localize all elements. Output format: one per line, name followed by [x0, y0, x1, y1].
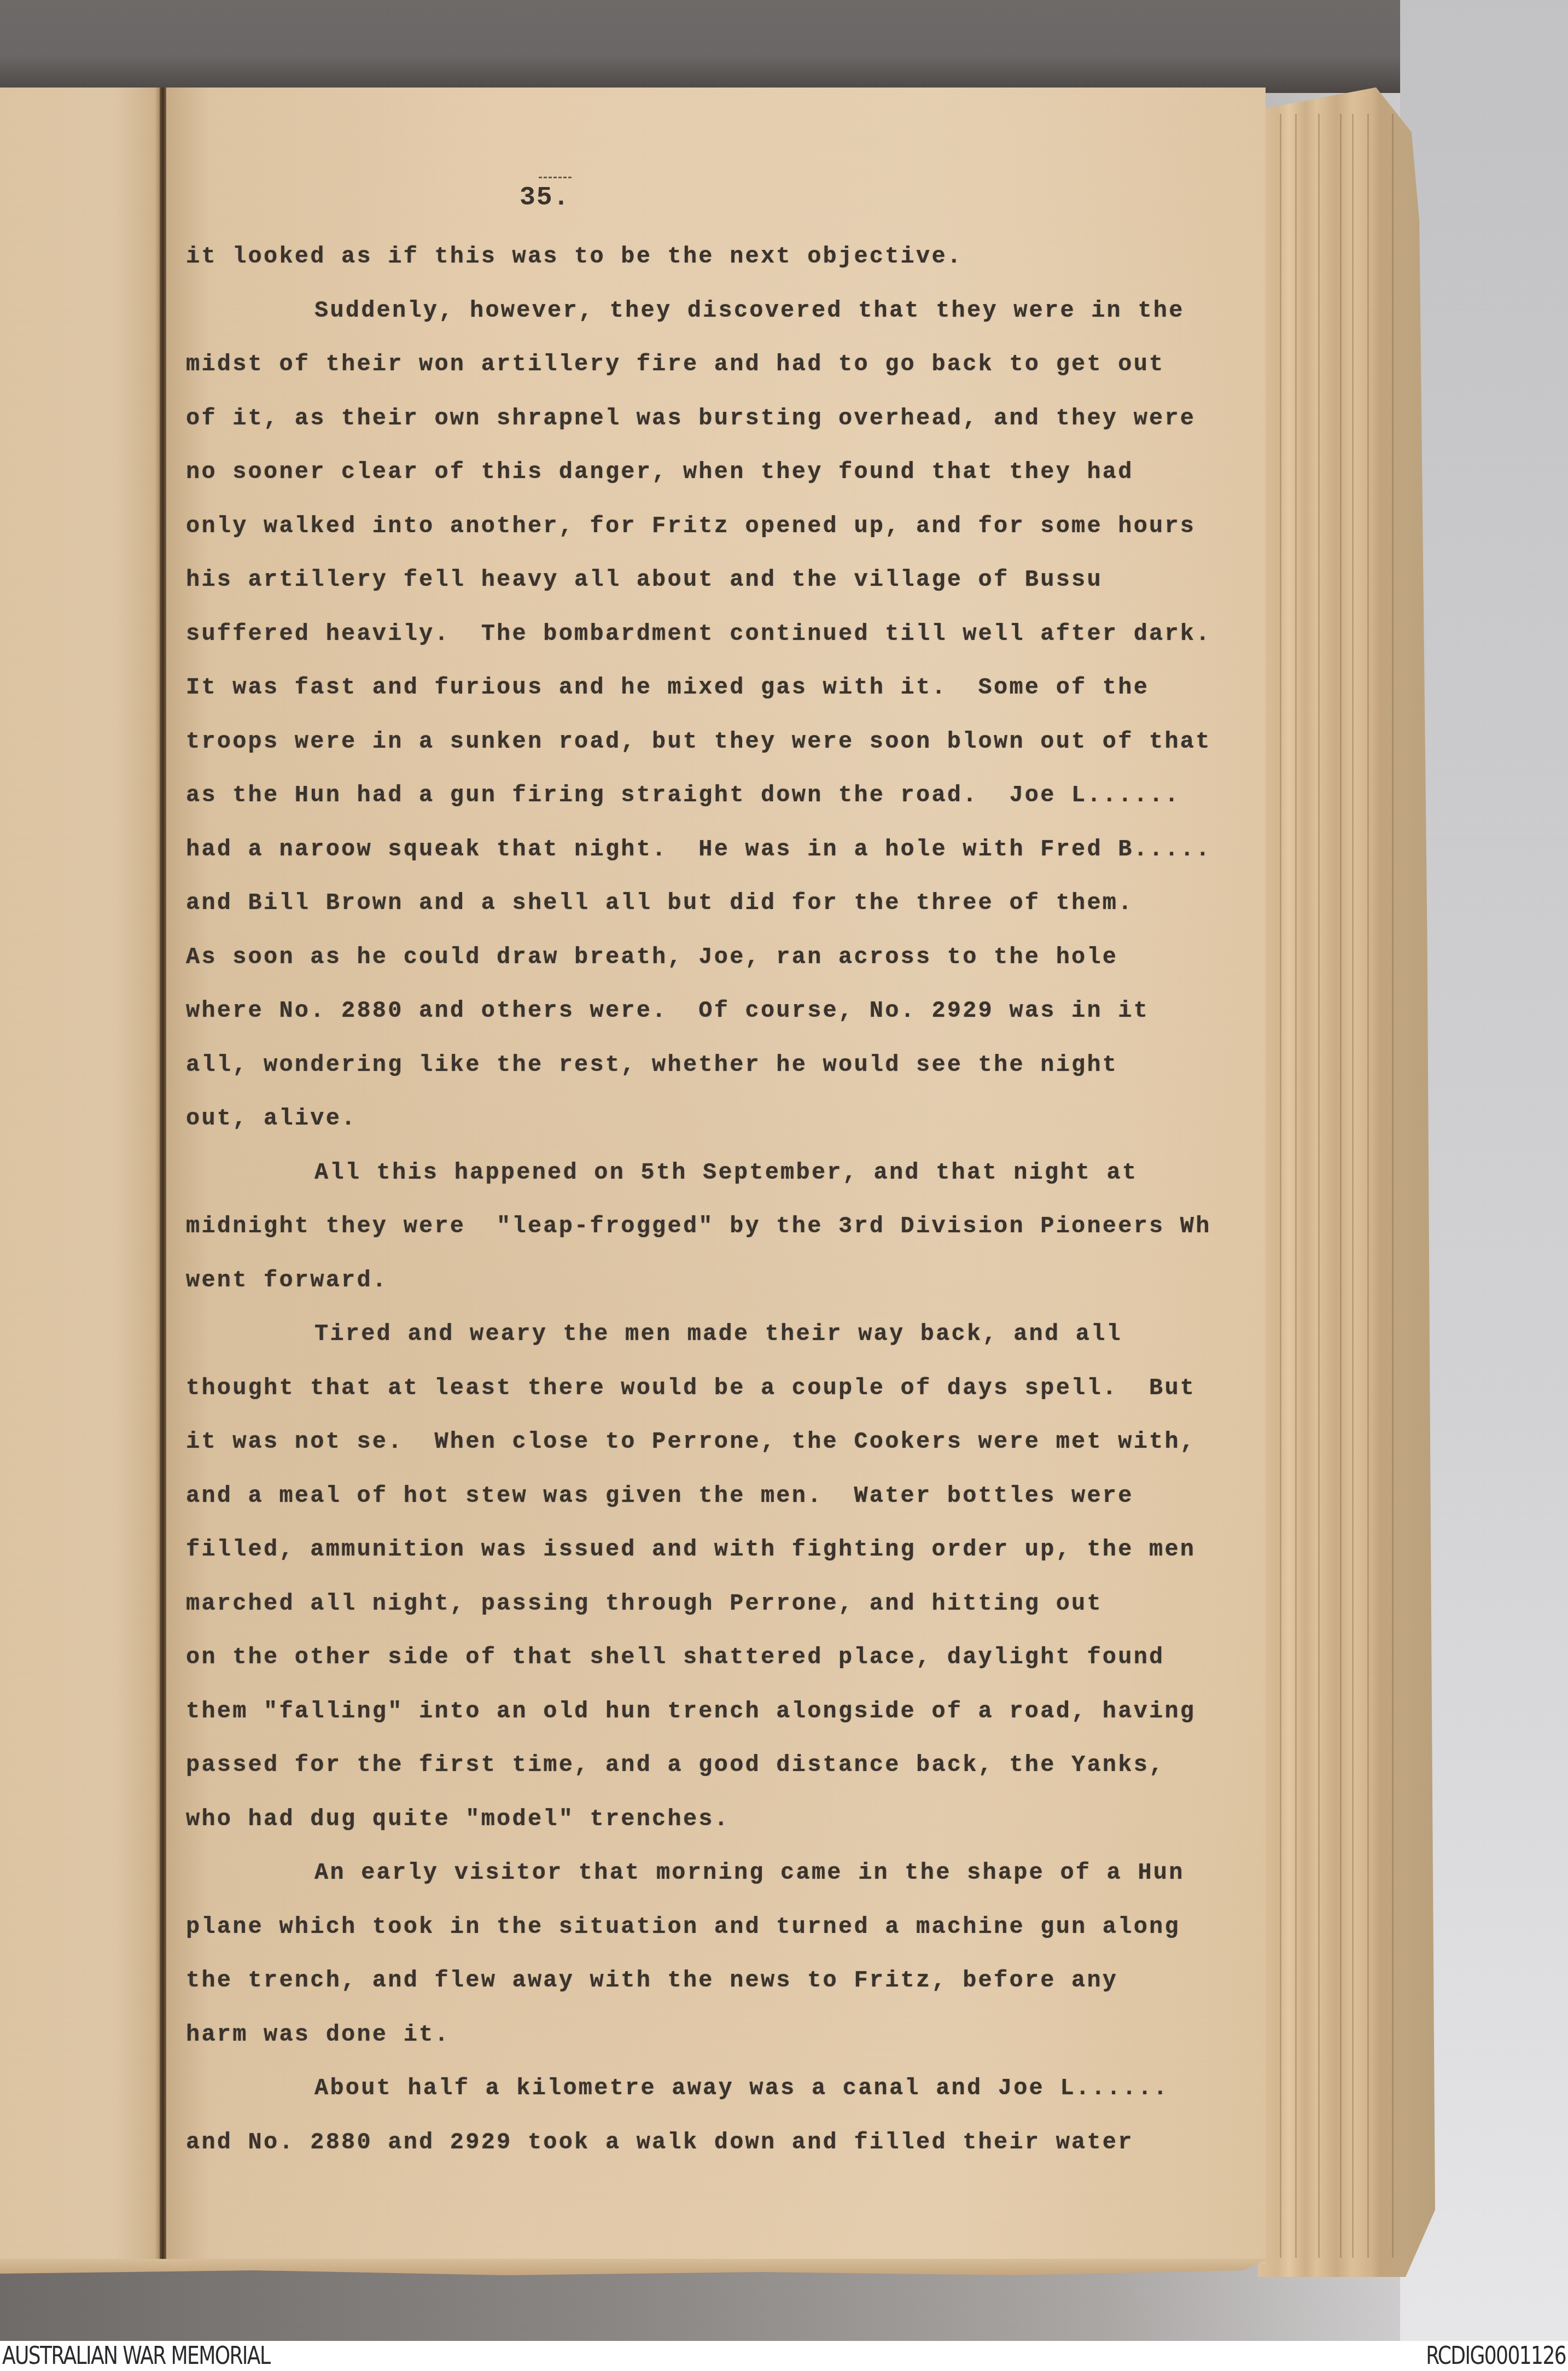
text-line: Tired and weary the men made their way b…	[186, 1307, 1274, 1361]
footer-bar: AUSTRALIAN WAR MEMORIAL RCDIG0001126	[0, 2341, 1568, 2371]
text-line: it looked as if this was to be the next …	[186, 230, 1274, 284]
text-line: As soon as he could draw breath, Joe, ra…	[186, 930, 1274, 984]
text-line: plane which took in the situation and tu…	[186, 1900, 1274, 1954]
text-line: out, alive.	[186, 1092, 1274, 1146]
page-bottom-edge	[0, 2259, 1269, 2275]
text-line: marched all night, passing through Perro…	[186, 1577, 1274, 1631]
text-line: Suddenly, however, they discovered that …	[186, 284, 1274, 338]
text-line: An early visitor that morning came in th…	[186, 1846, 1274, 1900]
text-line: passed for the first time, and a good di…	[186, 1738, 1274, 1792]
text-line: had a naroow squeak that night. He was i…	[186, 823, 1274, 877]
page-number: 35.	[520, 183, 570, 213]
text-line: midst of their won artillery fire and ha…	[186, 337, 1274, 392]
text-line: It was fast and furious and he mixed gas…	[186, 661, 1274, 715]
text-line: thought that at least there would be a c…	[186, 1361, 1274, 1415]
text-line: and Bill Brown and a shell all but did f…	[186, 876, 1274, 930]
text-line: the trench, and flew away with the news …	[186, 1954, 1274, 2008]
text-line: harm was done it.	[186, 2008, 1274, 2062]
text-line: and No. 2880 and 2929 took a walk down a…	[186, 2116, 1274, 2170]
text-line: all, wondering like the rest, whether he…	[186, 1038, 1274, 1092]
text-line: his artillery fell heavy all about and t…	[186, 553, 1274, 607]
text-line: All this happened on 5th September, and …	[186, 1146, 1274, 1200]
text-line: them "falling" into an old hun trench al…	[186, 1685, 1274, 1739]
text-line: it was not se. When close to Perrone, th…	[186, 1415, 1274, 1469]
page-number-rule	[539, 177, 572, 180]
text-line: suffered heavily. The bombardment contin…	[186, 607, 1274, 661]
typed-text-body: it looked as if this was to be the next …	[186, 230, 1274, 2169]
text-line: of it, as their own shrapnel was burstin…	[186, 392, 1274, 446]
text-line: where No. 2880 and others were. Of cours…	[186, 984, 1274, 1038]
text-line: went forward.	[186, 1254, 1274, 1308]
left-page	[0, 88, 163, 2267]
text-line: who had dug quite "model" trenches.	[186, 1792, 1274, 1846]
text-line: no sooner clear of this danger, when the…	[186, 445, 1274, 499]
record-identifier: RCDIG0001126	[1426, 2342, 1566, 2370]
text-line: About half a kilometre away was a canal …	[186, 2061, 1274, 2116]
text-line: on the other side of that shell shattere…	[186, 1630, 1274, 1685]
text-line: filled, ammunition was issued and with f…	[186, 1523, 1274, 1577]
text-line: only walked into another, for Fritz open…	[186, 499, 1274, 554]
scan-backdrop-top	[0, 0, 1568, 93]
book-gutter	[160, 88, 166, 2270]
institution-label: AUSTRALIAN WAR MEMORIAL	[2, 2342, 270, 2370]
text-line: and a meal of hot stew was given the men…	[186, 1469, 1274, 1523]
text-line: troops were in a sunken road, but they w…	[186, 715, 1274, 769]
text-line: as the Hun had a gun firing straight dow…	[186, 768, 1274, 823]
text-line: midnight they were "leap-frogged" by the…	[186, 1199, 1274, 1254]
